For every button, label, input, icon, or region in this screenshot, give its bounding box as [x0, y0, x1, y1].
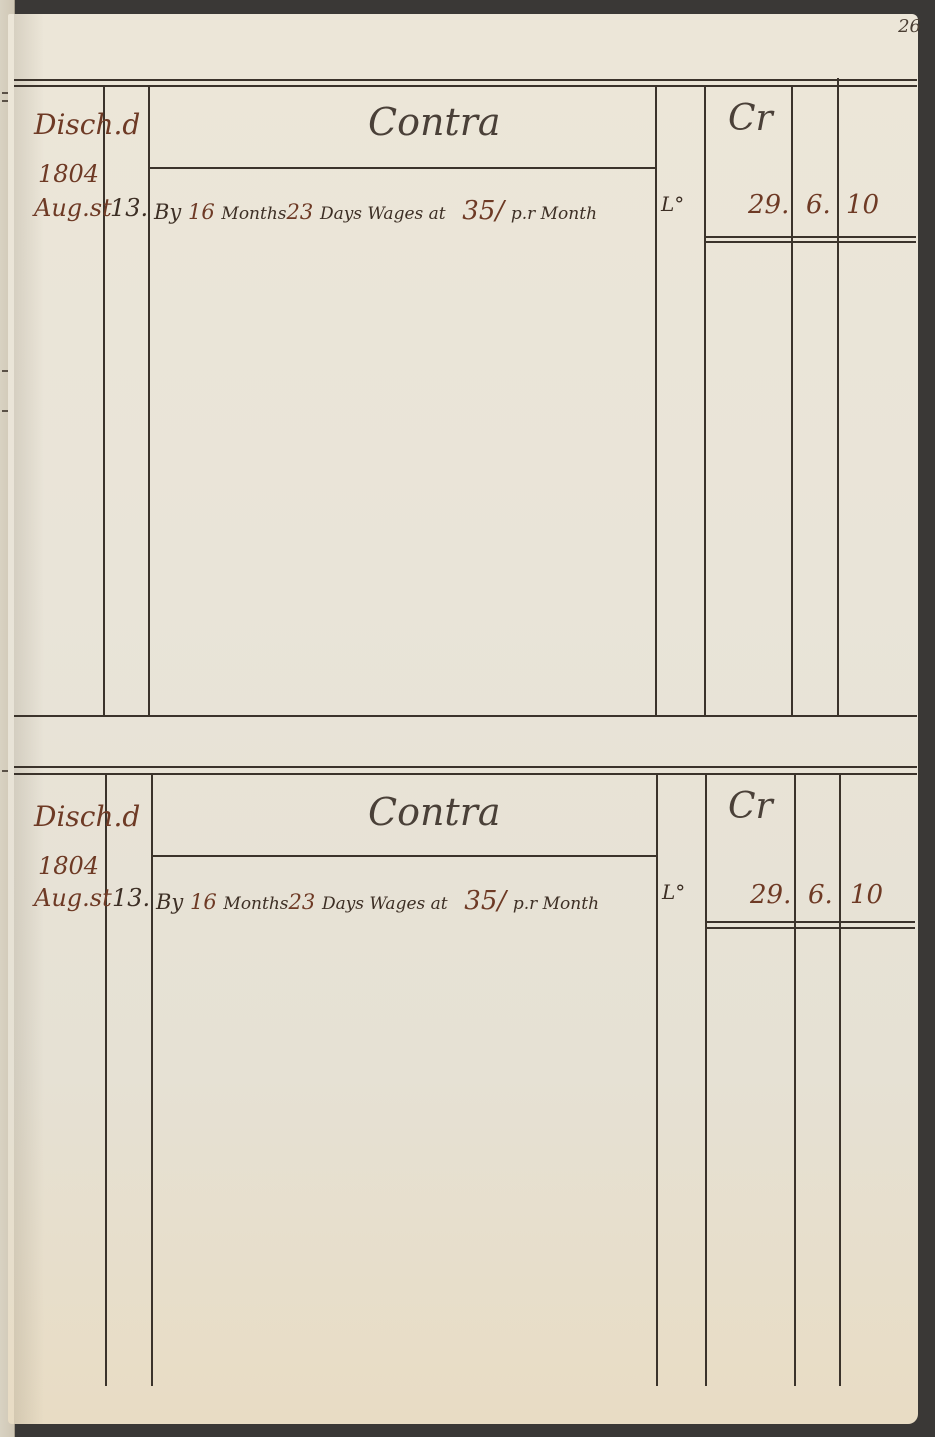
total-rule	[705, 921, 915, 923]
header-underline	[148, 167, 656, 169]
total-rule-double	[705, 927, 915, 929]
amount-shillings: 6.	[808, 880, 833, 910]
column-divider	[655, 86, 657, 716]
column-divider	[791, 86, 793, 716]
entry-month: Aug.st	[34, 884, 112, 912]
discharged-label: Disch.d	[34, 800, 140, 833]
by-label: By	[154, 200, 181, 224]
bottom-rule	[14, 715, 917, 717]
amount-shillings: 6.	[806, 190, 831, 220]
months-label: Months	[221, 204, 286, 224]
header-underline	[151, 855, 657, 857]
by-label: By	[156, 890, 183, 914]
months-label: Months	[223, 894, 288, 914]
amount-pounds: 29.	[750, 880, 791, 910]
amount-pence: 10	[850, 880, 883, 910]
wage-rate: 35/	[464, 886, 506, 916]
folio-mark: L°	[662, 880, 685, 904]
column-divider	[105, 774, 107, 1386]
top-rule-double	[14, 773, 917, 775]
column-divider	[148, 86, 150, 716]
column-divider	[103, 86, 105, 716]
days-count: 23	[287, 200, 314, 224]
column-divider	[794, 774, 796, 1386]
entry-description: By 16 Months23 Days Wages at 35/ p.r Mon…	[154, 196, 597, 226]
folio-mark: L°	[661, 192, 684, 216]
contra-title: Contra	[368, 790, 501, 834]
months-count: 16	[190, 890, 217, 914]
credit-label: Cr	[728, 786, 773, 827]
wage-rate: 35/	[462, 196, 504, 226]
per-month-label: p.r Month	[511, 204, 597, 224]
total-rule-double	[704, 241, 916, 243]
column-divider	[151, 774, 153, 1386]
column-divider	[705, 774, 707, 1386]
days-count: 23	[289, 890, 316, 914]
column-divider	[837, 78, 839, 716]
days-label: Days Wages at	[320, 204, 446, 224]
entry-day: 13.	[110, 194, 148, 222]
entry-year: 1804	[38, 160, 99, 188]
spine-shadow	[14, 14, 44, 1424]
discharged-label: Disch.d	[34, 108, 140, 141]
days-label: Days Wages at	[322, 894, 448, 914]
entry-description: By 16 Months23 Days Wages at 35/ p.r Mon…	[156, 886, 599, 916]
column-divider	[839, 774, 841, 1386]
months-count: 16	[188, 200, 215, 224]
contra-title: Contra	[368, 100, 501, 144]
amount-pence: 10	[846, 190, 879, 220]
per-month-label: p.r Month	[513, 894, 599, 914]
total-rule	[704, 236, 916, 238]
credit-label: Cr	[728, 98, 773, 139]
page-number: 26	[898, 16, 921, 37]
entry-year: 1804	[38, 852, 99, 880]
column-divider	[704, 86, 706, 716]
entry-day: 13.	[112, 884, 150, 912]
column-divider	[656, 774, 658, 1386]
top-rule	[14, 766, 917, 768]
amount-pounds: 29.	[748, 190, 789, 220]
entry-month: Aug.st	[34, 194, 112, 222]
top-rule	[14, 79, 917, 81]
